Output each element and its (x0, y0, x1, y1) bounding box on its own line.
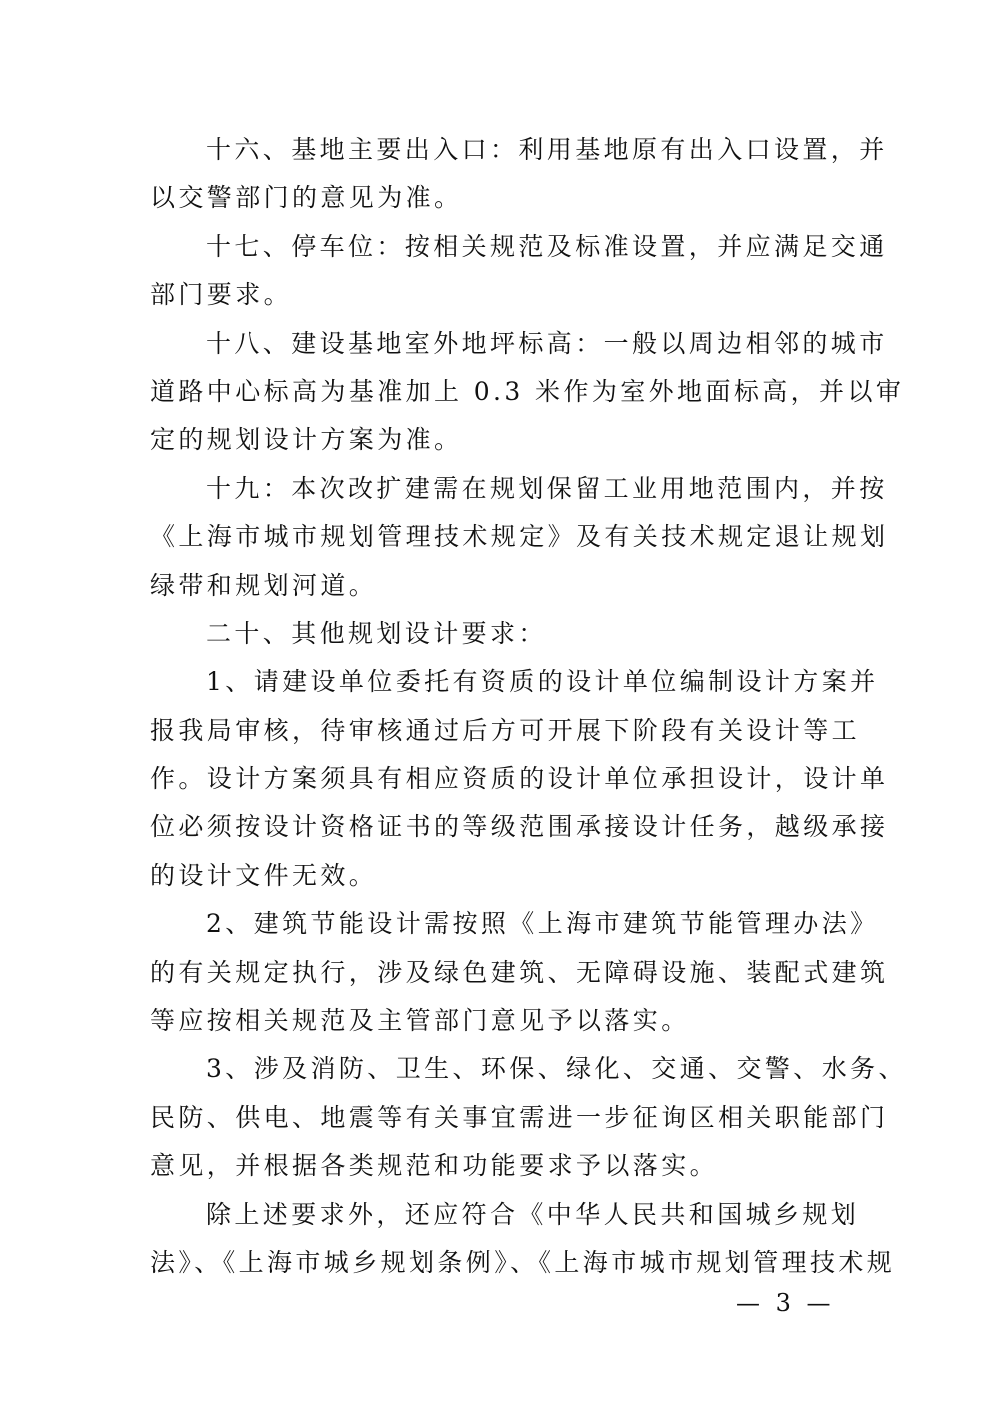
line-item-4: 部门要求。 (150, 271, 842, 319)
line-item-19: 等应按相关规范及主管部门意见予以落实。 (150, 997, 842, 1045)
line-item-15: 位必须按设计资格证书的等级范围承接设计任务，越级承接 (150, 803, 842, 851)
line-item-8: 十九：本次改扩建需在规划保留工业用地范围内，并按 (150, 465, 842, 513)
line-item-10: 绿带和规划河道。 (150, 562, 842, 610)
line-item-6: 道路中心标高为基准加上 0.3 米作为室外地面标高，并以审 (150, 368, 842, 416)
line-item-22: 意见，并根据各类规范和功能要求予以落实。 (150, 1142, 842, 1190)
line-item-23: 除上述要求外，还应符合《中华人民共和国城乡规划 (150, 1191, 842, 1239)
line-item-9: 《上海市城市规划管理技术规定》及有关技术规定退让规划 (150, 513, 842, 561)
line-item-20: 3、涉及消防、卫生、环保、绿化、交通、交警、水务、 (150, 1045, 842, 1093)
line-item-17: 2、建筑节能设计需按照《上海市建筑节能管理办法》 (150, 900, 842, 948)
line-item-21: 民防、供电、地震等有关事宜需进一步征询区相关职能部门 (150, 1094, 842, 1142)
line-item-3: 十七、停车位：按相关规范及标准设置，并应满足交通 (150, 223, 842, 271)
line-item-14: 作。设计方案须具有相应资质的设计单位承担设计，设计单 (150, 755, 842, 803)
line-item-7: 定的规划设计方案为准。 (150, 416, 842, 464)
line-item-16: 的设计文件无效。 (150, 852, 842, 900)
document-body: 十六、基地主要出入口：利用基地原有出入口设置，并 以交警部门的意见为准。 十七、… (150, 126, 842, 1287)
line-item-13: 报我局审核，待审核通过后方可开展下阶段有关设计等工 (150, 707, 842, 755)
line-item-2: 以交警部门的意见为准。 (150, 174, 842, 222)
line-item-24: 法》、《上海市城乡规划条例》、《上海市城市规划管理技术规 (150, 1239, 842, 1287)
line-item-18: 的有关规定执行，涉及绿色建筑、无障碍设施、装配式建筑 (150, 949, 842, 997)
section-heading-20: 二十、其他规划设计要求： (150, 610, 842, 658)
line-item-1: 十六、基地主要出入口：利用基地原有出入口设置，并 (150, 126, 842, 174)
line-item-5: 十八、建设基地室外地坪标高：一般以周边相邻的城市 (150, 320, 842, 368)
line-item-12: 1、请建设单位委托有资质的设计单位编制设计方案并 (150, 658, 842, 706)
page-number: — 3 — (736, 1287, 816, 1319)
